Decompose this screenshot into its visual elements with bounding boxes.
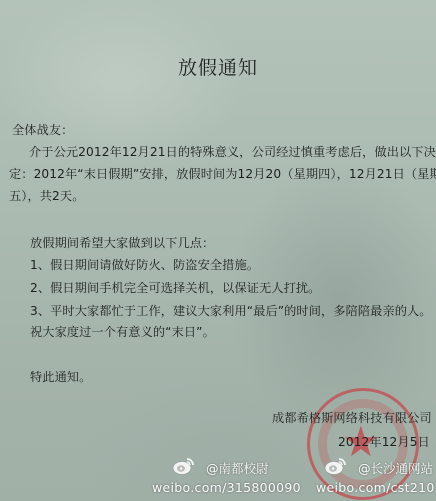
closing-line: 特此通知。	[30, 368, 91, 385]
watermark-url-2: weibo.com/cst2103	[316, 480, 436, 495]
weibo-icon	[324, 457, 348, 475]
expectations-intro: 放假期间希望大家做到以下几点：	[30, 234, 214, 251]
point-2: 2、假日期间手机完全可选择关机，以保证无人打扰。	[30, 279, 320, 296]
signature-date: 2012年12月5日	[338, 433, 430, 450]
point-1: 1、假日期间请做好防火、防盗安全措施。	[30, 256, 259, 273]
watermark-handle-2: @长沙通网站	[358, 459, 433, 477]
salutation: 全体战友：	[12, 121, 73, 138]
weibo-icon	[172, 457, 196, 475]
point-3: 3、平时大家都忙于工作，建议大家利用“最后”的时间，多陪陪最亲的人。	[30, 302, 432, 319]
watermark-handle-1: @南都校尉	[206, 459, 269, 477]
signature-company: 成都希格斯网络科技有限公司	[272, 409, 432, 426]
watermark-url-1: weibo.com/315800090	[152, 480, 301, 495]
paragraph-line-2: 定：2012年“末日假期”安排，放假时间为12月20（星期四），12月21日（星…	[9, 165, 436, 182]
notice-title: 放假通知	[0, 53, 436, 80]
paragraph-line-1: 介于公元2012年12月21日的特殊意义，公司经过慎重考虑后，做出以下决	[29, 143, 436, 160]
wish-line: 祝大家度过一个有意义的“末日”。	[30, 323, 215, 340]
paragraph-line-3: 五），共2天。	[9, 187, 84, 204]
